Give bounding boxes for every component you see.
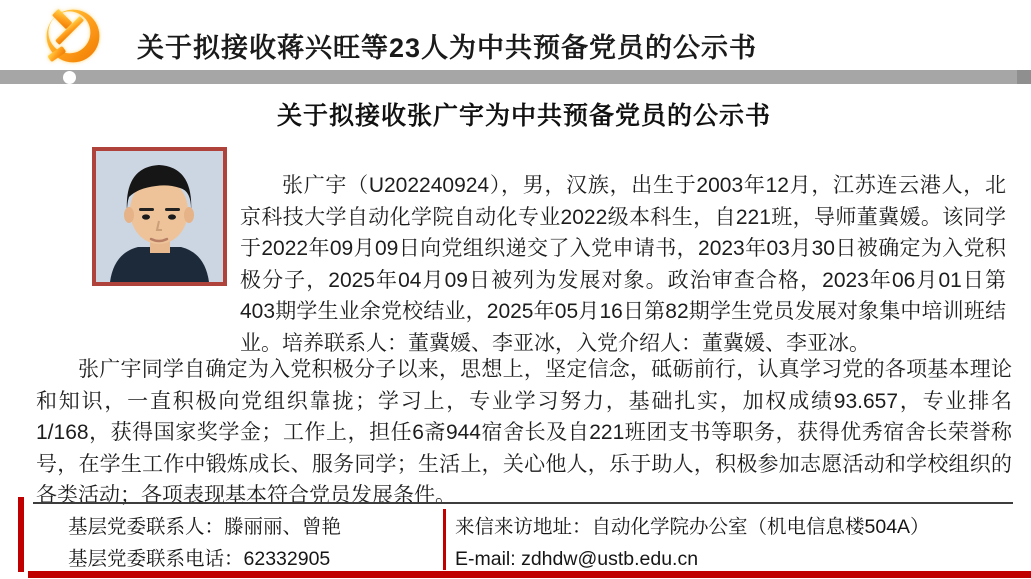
progress-track[interactable] (0, 70, 1031, 84)
footer-address-block: 来信来访地址：自动化学院办公室（机电信息楼504A） E-mail: zdhdw… (455, 511, 930, 575)
paragraph-performance: 张广宇同学自确定为入党积极分子以来，思想上，坚定信念，砥砺前行，认真学习党的各项… (36, 354, 1012, 512)
applicant-photo (92, 147, 227, 286)
announcement-slide: 关于拟接收蒋兴旺等23人为中共预备党员的公示书 关于拟接收张广宇为中共预备党员的… (0, 0, 1031, 579)
header-title: 关于拟接收蒋兴旺等23人为中共预备党员的公示书 (137, 26, 997, 65)
left-red-accent-bar (18, 497, 24, 572)
visit-address: 来信来访地址：自动化学院办公室（机电信息楼504A） (455, 511, 930, 543)
progress-thumb[interactable] (63, 71, 76, 84)
party-emblem-hammer-sickle-icon (34, 0, 112, 72)
footer-red-divider (443, 509, 446, 570)
paragraph-biography: 张广宇（U202240924），男，汉族，出生于2003年12月，江苏连云港人，… (240, 170, 1006, 359)
footer-contact-block: 基层党委联系人：滕丽丽、曾艳 基层党委联系电话：62332905 (68, 511, 341, 575)
bottom-red-accent-bar (28, 571, 1031, 578)
document-title: 关于拟接收张广宇为中共预备党员的公示书 (36, 96, 1012, 132)
progress-track-end (1017, 70, 1031, 84)
committee-contact-person: 基层党委联系人：滕丽丽、曾艳 (68, 511, 341, 543)
footer-divider-line (33, 502, 1013, 504)
